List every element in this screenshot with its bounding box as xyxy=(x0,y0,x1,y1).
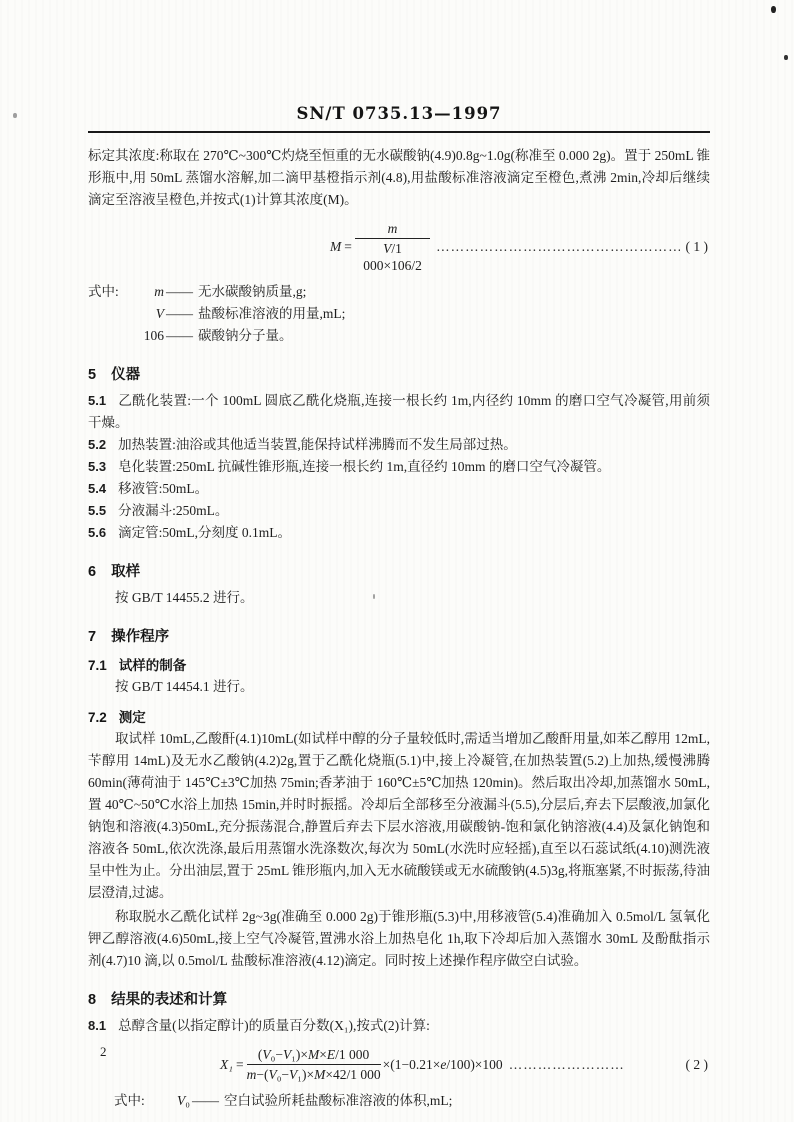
equals-sign: = xyxy=(344,239,352,255)
clause-text: 加热装置:油浴或其他适当装置,能保持试样沸腾而不发生局部过热。 xyxy=(118,437,517,452)
section-title: 仪器 xyxy=(111,363,140,384)
formula-2: X₁ = (V₀−V₁)×M×E/1 000 m−(V₀−V₁)×M×42/1 … xyxy=(88,1046,710,1083)
dot-leader: …………………… xyxy=(509,1057,680,1073)
formula-1-fraction: m V/1 000×106/2 xyxy=(355,220,430,274)
scan-artifact xyxy=(373,594,375,599)
section-number: 8 xyxy=(88,992,96,1008)
where-term: 106 xyxy=(134,325,164,347)
clause-title: 试样的制备 xyxy=(119,654,187,674)
clause-number: 7.1 xyxy=(88,658,107,673)
section-7-heading: 7 操作程序 xyxy=(88,625,710,646)
where-term: V xyxy=(134,303,164,325)
where-intro: 式中: xyxy=(114,1090,160,1112)
section-number: 6 xyxy=(88,564,96,580)
clause-text: 皂化装置:250mL 抗碱性锥形瓶,连接一根长约 1m,直径约 10mm 的磨口… xyxy=(118,459,610,474)
where-dash: —— xyxy=(190,1090,224,1112)
where-desc: 无水碳酸钠质量,g; xyxy=(198,281,710,303)
where-intro-spacer xyxy=(88,325,134,347)
section-6-heading: 6 取样 xyxy=(88,560,710,581)
formula-1-numerator: m xyxy=(355,220,430,239)
dot-leader: ……………………………………………… xyxy=(436,239,679,255)
clause-5-3: 5.3皂化装置:250mL 抗碱性锥形瓶,连接一根长约 1m,直径约 10mm … xyxy=(88,456,710,478)
clause-number: 5.2 xyxy=(88,437,106,452)
section-title: 操作程序 xyxy=(111,625,169,646)
clause-7-2-heading: 7.2 测定 xyxy=(88,706,710,726)
section-number: 5 xyxy=(88,367,96,383)
formula-2-denominator: m−(V₀−V₁)×M×42/1 000 xyxy=(247,1065,381,1083)
formula-1: M = m V/1 000×106/2 ……………………………………………… (… xyxy=(88,220,710,274)
clause-number: 5.1 xyxy=(88,393,106,408)
clause-5-5: 5.5分液漏斗:250mL。 xyxy=(88,500,710,522)
formula-2-fraction: (V₀−V₁)×M×E/1 000 m−(V₀−V₁)×M×42/1 000 xyxy=(247,1046,381,1083)
clause-number: 7.2 xyxy=(88,710,107,725)
where-term: m xyxy=(134,281,164,303)
where-item: 106 —— 碳酸钠分子量。 xyxy=(88,325,710,347)
clause-8-1: 8.1总醇含量(以指定醇计)的质量百分数(X₁),按式(2)计算: xyxy=(88,1015,710,1037)
clause-number: 5.6 xyxy=(88,525,106,540)
document-body: SN/T 0735.13—1997 标定其浓度:称取在 270℃~300℃灼烧至… xyxy=(88,0,710,1112)
where-item: V —— 盐酸标准溶液的用量,mL; xyxy=(88,303,710,325)
clause-number: 5.3 xyxy=(88,459,106,474)
clause-text: 滴定管:50mL,分刻度 0.1mL。 xyxy=(118,525,291,540)
where-intro-spacer xyxy=(88,303,134,325)
clause-text: 总醇含量(以指定醇计)的质量百分数(X₁),按式(2)计算: xyxy=(118,1018,430,1033)
clause-7-1-body: 按 GB/T 14454.1 进行。 xyxy=(88,676,710,698)
page-number: 2 xyxy=(100,1044,107,1060)
formula-2-lhs: X₁ xyxy=(220,1057,233,1073)
where-dash: —— xyxy=(164,281,198,303)
clause-5-4: 5.4移液管:50mL。 xyxy=(88,478,710,500)
clause-text: 移液管:50mL。 xyxy=(118,481,208,496)
where-desc: 盐酸标准溶液的用量,mL; xyxy=(198,303,710,325)
section-title: 取样 xyxy=(111,560,140,581)
intro-paragraph: 标定其浓度:称取在 270℃~300℃灼烧至恒重的无水碳酸钠(4.9)0.8g~… xyxy=(88,145,710,211)
formula-2-suffix: ×(1−0.21×e/100)×100 xyxy=(383,1057,503,1073)
where-item: 式中: V₀ —— 空白试验所耗盐酸标准溶液的体积,mL; xyxy=(114,1090,710,1112)
where-desc: 空白试验所耗盐酸标准溶液的体积,mL; xyxy=(224,1090,710,1112)
section-number: 7 xyxy=(88,629,96,645)
formula-2-numerator: (V₀−V₁)×M×E/1 000 xyxy=(247,1046,381,1065)
section-title: 结果的表述和计算 xyxy=(111,988,227,1009)
where-term: V₀ xyxy=(160,1090,190,1112)
clause-5-2: 5.2加热装置:油浴或其他适当装置,能保持试样沸腾而不发生局部过热。 xyxy=(88,434,710,456)
clause-text: 乙酰化装置:一个 100mL 圆底乙酰化烧瓶,连接一根长约 1m,内径约 10m… xyxy=(88,393,710,430)
formula-1-denominator: V/1 000×106/2 xyxy=(355,239,430,274)
where-dash: —— xyxy=(164,325,198,347)
where-item: 式中: m —— 无水碳酸钠质量,g; xyxy=(88,281,710,303)
clause-7-2-paragraph-1: 取试样 10mL,乙酸酐(4.1)10mL(如试样中醇的分子量较低时,需适当增加… xyxy=(88,728,710,904)
scan-artifact xyxy=(13,113,17,118)
clause-7-1-heading: 7.1 试样的制备 xyxy=(88,654,710,674)
scan-artifact xyxy=(771,6,776,13)
section-6-body: 按 GB/T 14455.2 进行。 xyxy=(88,587,710,609)
clause-number: 8.1 xyxy=(88,1018,106,1033)
clause-title: 测定 xyxy=(119,706,146,726)
section-5-heading: 5 仪器 xyxy=(88,363,710,384)
where-desc: 碳酸钠分子量。 xyxy=(198,325,710,347)
clause-5-1: 5.1乙酰化装置:一个 100mL 圆底乙酰化烧瓶,连接一根长约 1m,内径约 … xyxy=(88,390,710,434)
scan-artifact xyxy=(784,55,788,60)
doc-number: SN/T 0735.13—1997 xyxy=(88,0,710,123)
formula-1-where-list: 式中: m —— 无水碳酸钠质量,g; V —— 盐酸标准溶液的用量,mL; 1… xyxy=(88,281,710,347)
formula-1-label: ( 1 ) xyxy=(686,239,709,255)
clause-text: 分液漏斗:250mL。 xyxy=(118,503,228,518)
header-rule xyxy=(88,131,710,133)
formula-1-lhs: M xyxy=(330,239,341,255)
document-page: SN/T 0735.13—1997 标定其浓度:称取在 270℃~300℃灼烧至… xyxy=(0,0,794,1122)
section-8-heading: 8 结果的表述和计算 xyxy=(88,988,710,1009)
clause-number: 5.5 xyxy=(88,503,106,518)
clause-7-2-paragraph-2: 称取脱水乙酰化试样 2g~3g(准确至 0.000 2g)于锥形瓶(5.3)中,… xyxy=(88,906,710,972)
where-dash: —— xyxy=(164,303,198,325)
clause-number: 5.4 xyxy=(88,481,106,496)
formula-2-label: ( 2 ) xyxy=(686,1057,709,1073)
where-intro: 式中: xyxy=(88,281,134,303)
formula-2-where-list: 式中: V₀ —— 空白试验所耗盐酸标准溶液的体积,mL; xyxy=(114,1090,710,1112)
clause-5-6: 5.6滴定管:50mL,分刻度 0.1mL。 xyxy=(88,522,710,544)
equals-sign: = xyxy=(236,1057,244,1073)
